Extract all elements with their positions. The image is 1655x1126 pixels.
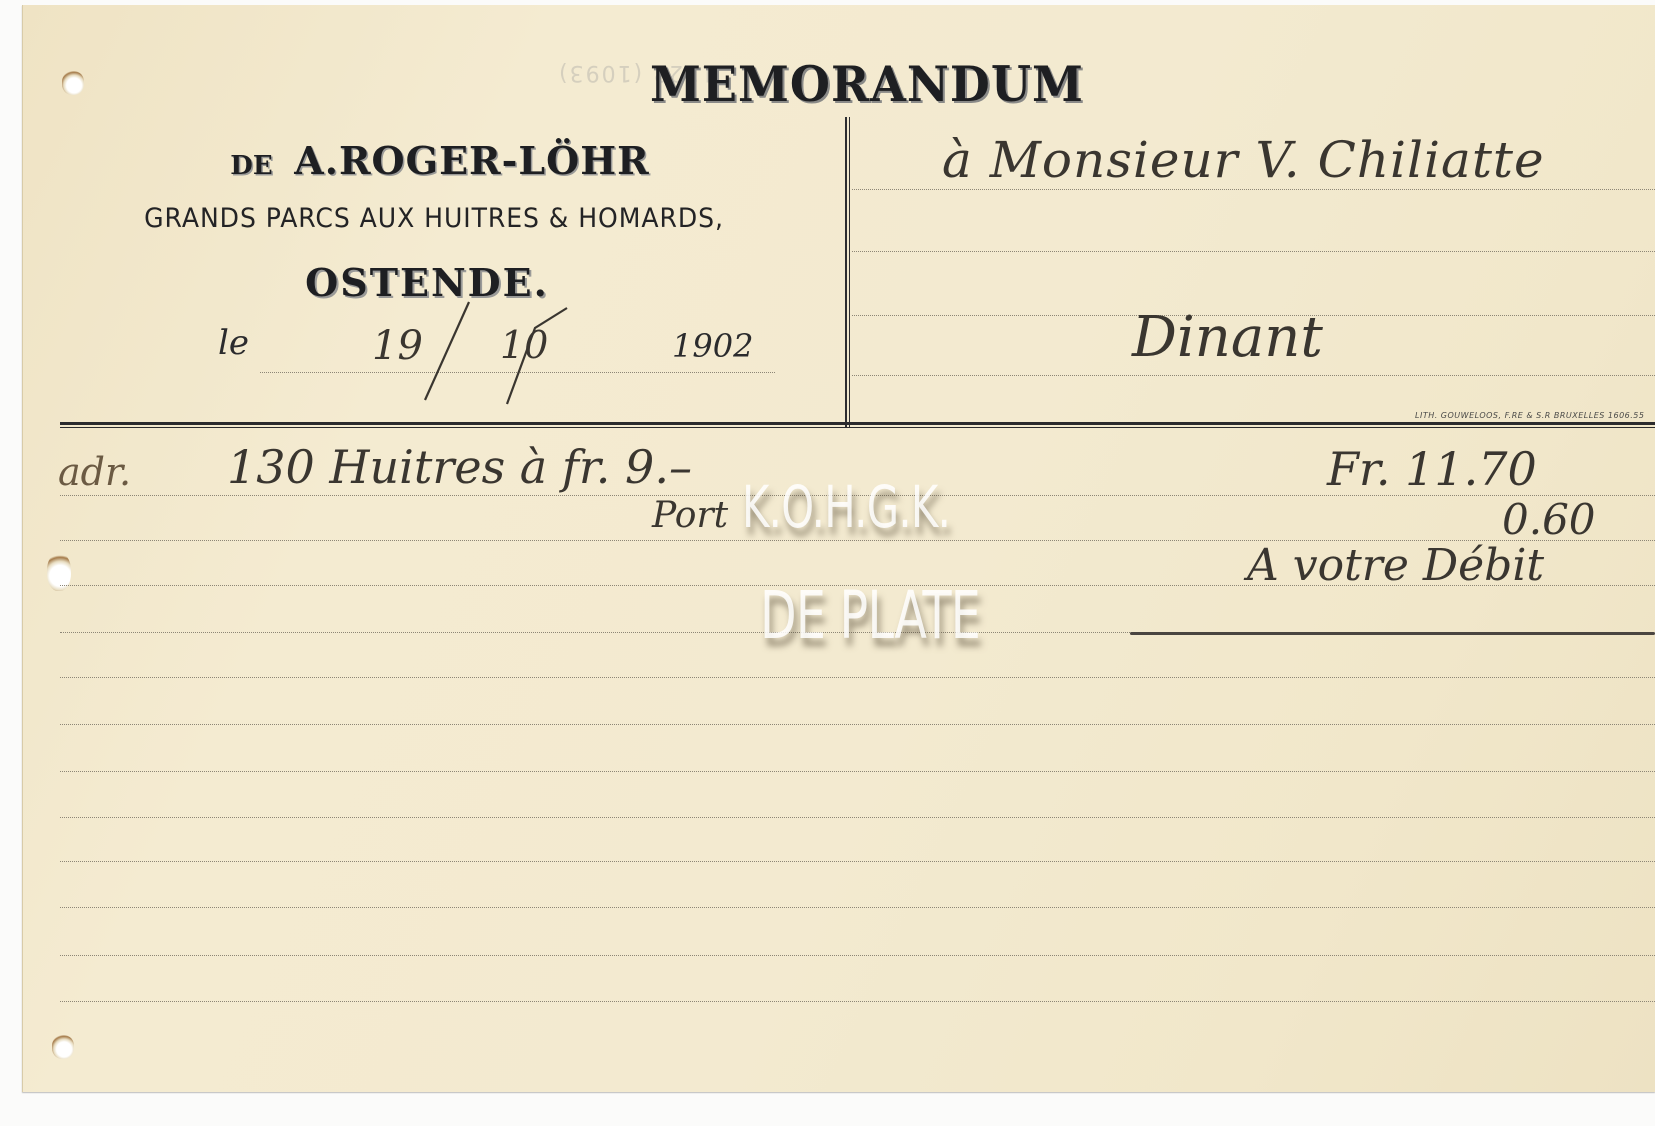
company-name: A.ROGER-LÖHR [294,138,649,183]
entry-2-description: Port [652,495,728,536]
body-line-11 [60,955,1655,956]
date-month: 10 [500,323,548,367]
punch-hole-top [62,71,84,95]
recipient-city: Dinant [1132,305,1323,370]
watermark-line-1: K.O.H.G.K. [742,473,950,541]
entry-1-description: 130 Huitres à fr. 9.– [227,440,692,494]
letterhead-company: DE A.ROGER-LÖHR [100,138,780,183]
body-line-9 [60,861,1655,862]
recipient-name: à Monsieur V. Chiliatte [942,131,1545,189]
entry-3-note: A votre Débit [1247,540,1544,591]
body-line-10 [60,907,1655,908]
date-year: 1902 [672,327,753,365]
body-line-8 [60,817,1655,818]
date-label: le [218,323,249,363]
body-line-7 [60,771,1655,772]
printer-imprint: LITH. GOUWELOOS, F.RE & S.R BRUXELLES 16… [1415,411,1644,420]
recipient-line-2 [852,251,1655,252]
recipient-line-4 [852,375,1655,376]
header-horizontal-rule [60,422,1655,428]
body-line-5 [60,677,1655,678]
header-vertical-divider [845,117,850,427]
body-line-12 [60,1001,1655,1002]
recipient-line-1 [852,189,1655,190]
company-prefix: DE [230,151,272,181]
date-day: 19 [372,323,423,369]
watermark-line-2: DE PLATE [760,577,980,654]
entry-1-amount: Fr. 11.70 [1327,442,1537,496]
body-line-6 [60,724,1655,725]
date-slashes [417,300,577,410]
letterhead-tagline: GRANDS PARCS AUX HUITRES & HOMARDS, [109,203,760,234]
total-underline [1130,632,1655,635]
entry-1-prefix: adr. [58,450,131,494]
punch-hole-bottom [52,1035,74,1059]
memorandum-title: MEMORANDUM [650,56,1080,113]
entry-2-amount: 0.60 [1502,495,1596,544]
memorandum-sheet: 1122 (1093) MEMORANDUM DE A.ROGER-LÖHR G… [22,5,1655,1092]
letterhead-city: OSTENDE. [247,260,607,305]
